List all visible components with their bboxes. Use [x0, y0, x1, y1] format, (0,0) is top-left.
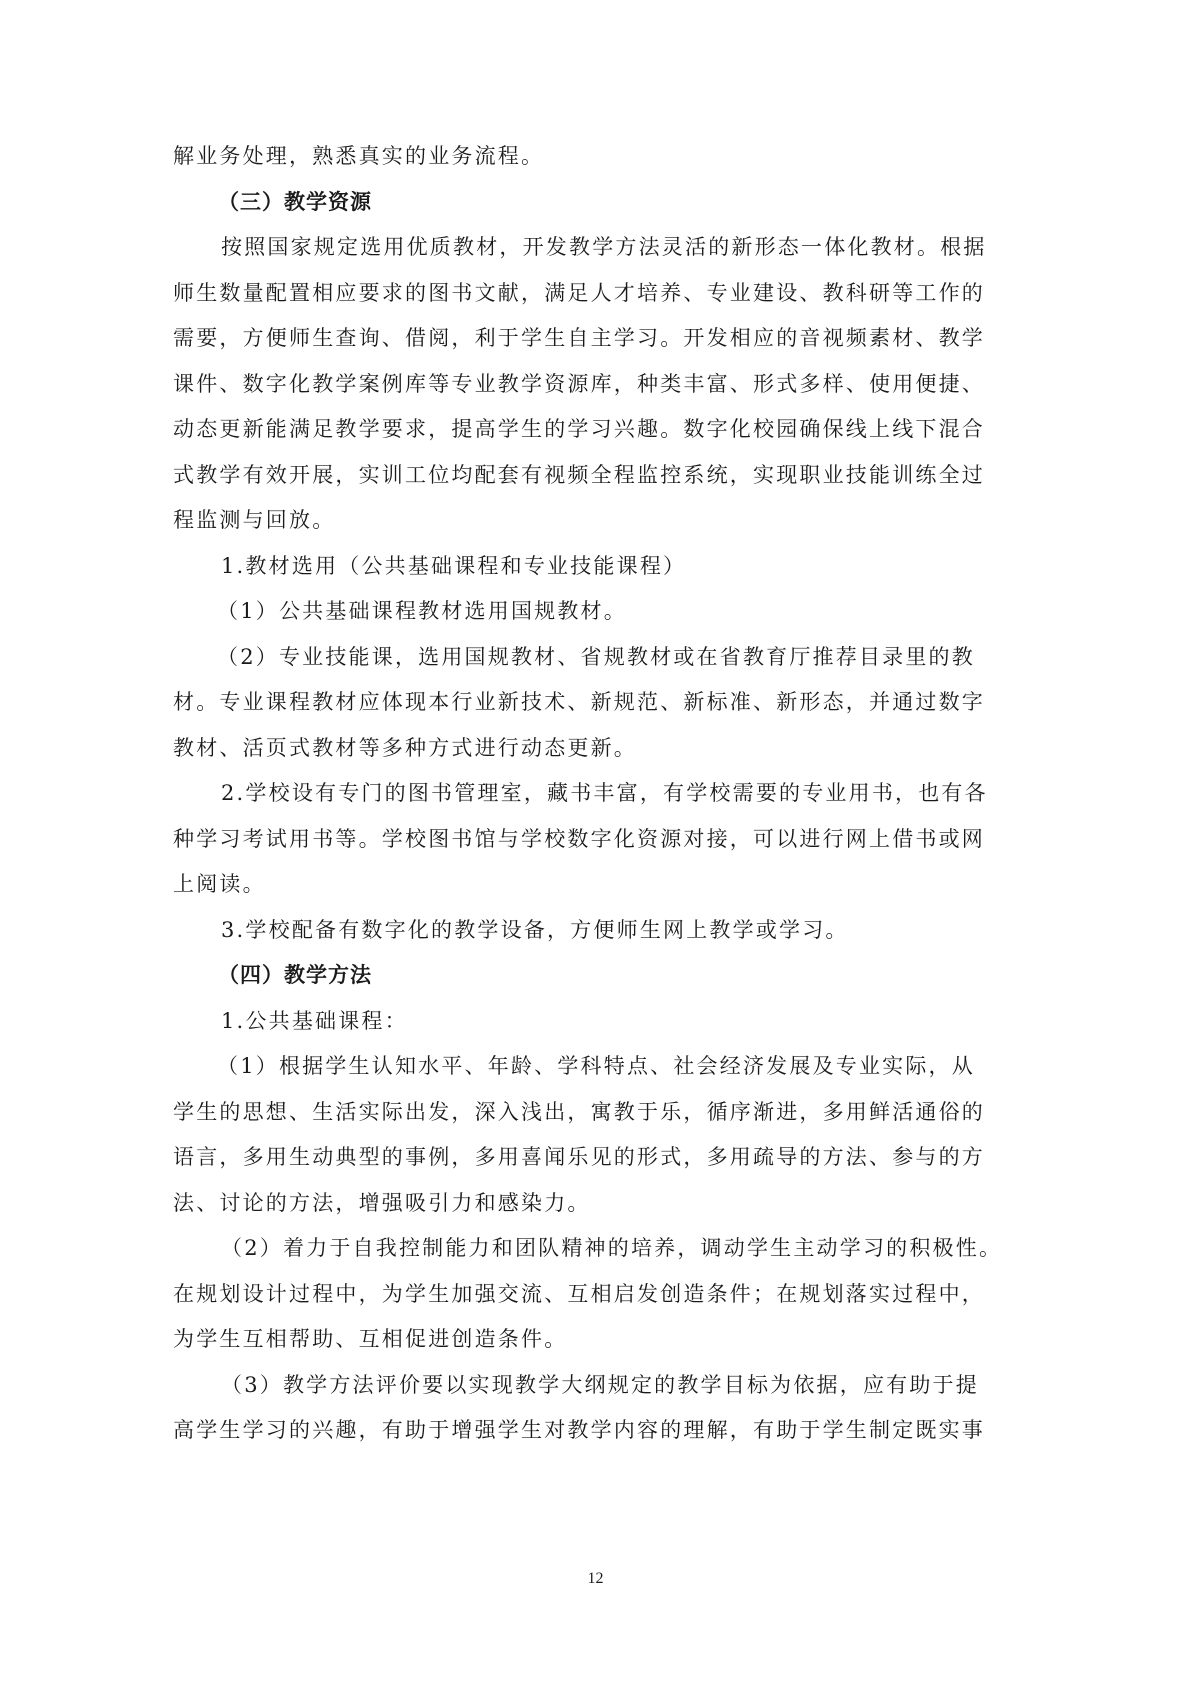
paragraph-line: 动态更新能满足教学要求，提高学生的学习兴趣。数字化校园确保线上线下混合	[173, 407, 943, 453]
section-heading-teaching-methods: （四）教学方法	[173, 953, 943, 999]
paragraph-line: 程监测与回放。	[173, 498, 943, 544]
page-number: 12	[0, 1570, 1191, 1588]
paragraph-line: 教材、活页式教材等多种方式进行动态更新。	[173, 726, 943, 772]
paragraph-line: 学生的思想、生活实际出发，深入浅出，寓教于乐，循序渐进，多用鲜活通俗的	[173, 1090, 943, 1136]
paragraph-line: 在规划设计过程中，为学生加强交流、互相启发创造条件；在规划落实过程中，	[173, 1272, 943, 1318]
paragraph-line: 材。专业课程教材应体现本行业新技术、新规范、新标准、新形态，并通过数字	[173, 680, 943, 726]
paragraph-line: 种学习考试用书等。学校图书馆与学校数字化资源对接，可以进行网上借书或网	[173, 817, 943, 863]
paragraph-line: 语言，多用生动典型的事例，多用喜闻乐见的形式，多用疏导的方法、参与的方	[173, 1135, 943, 1181]
sub-item-2: （2）着力于自我控制能力和团队精神的培养，调动学生主动学习的积极性。	[173, 1226, 943, 1272]
paragraph-line: 法、讨论的方法，增强吸引力和感染力。	[173, 1181, 943, 1227]
paragraph-line: 课件、数字化教学案例库等专业教学资源库，种类丰富、形式多样、使用便捷、	[173, 362, 943, 408]
list-item-digital-equipment: 3.学校配备有数字化的教学设备，方便师生网上教学或学习。	[173, 908, 943, 954]
document-body: 解业务处理，熟悉真实的业务流程。 （三）教学资源 按照国家规定选用优质教材，开发…	[173, 134, 943, 1454]
paragraph-line: 高学生学习的兴趣，有助于增强学生对教学内容的理解，有助于学生制定既实事	[173, 1408, 943, 1454]
paragraph-line: 师生数量配置相应要求的图书文献，满足人才培养、专业建设、教科研等工作的	[173, 271, 943, 317]
text-line: 解业务处理，熟悉真实的业务流程。	[173, 134, 943, 180]
sub-item-3: （3）教学方法评价要以实现教学大纲规定的教学目标为依据，应有助于提	[173, 1363, 943, 1409]
paragraph-line: 式教学有效开展，实训工位均配套有视频全程监控系统，实现职业技能训练全过	[173, 453, 943, 499]
paragraph-line: 需要，方便师生查询、借阅，利于学生自主学习。开发相应的音视频素材、教学	[173, 316, 943, 362]
paragraph-line: 上阅读。	[173, 862, 943, 908]
section-heading-teaching-resources: （三）教学资源	[173, 180, 943, 226]
paragraph-line: 按照国家规定选用优质教材，开发教学方法灵活的新形态一体化教材。根据	[173, 225, 943, 271]
list-item-public-basic-courses: 1.公共基础课程：	[173, 999, 943, 1045]
sub-item-professional-courses: （2）专业技能课，选用国规教材、省规教材或在省教育厅推荐目录里的教	[173, 635, 943, 681]
list-item-textbook-selection: 1.教材选用（公共基础课程和专业技能课程）	[173, 544, 943, 590]
list-item-library: 2.学校设有专门的图书管理室，藏书丰富，有学校需要的专业用书，也有各	[173, 771, 943, 817]
paragraph-line: 为学生互相帮助、互相促进创造条件。	[173, 1317, 943, 1363]
sub-item-1: （1）根据学生认知水平、年龄、学科特点、社会经济发展及专业实际，从	[173, 1044, 943, 1090]
sub-item-public-courses: （1）公共基础课程教材选用国规教材。	[173, 589, 943, 635]
